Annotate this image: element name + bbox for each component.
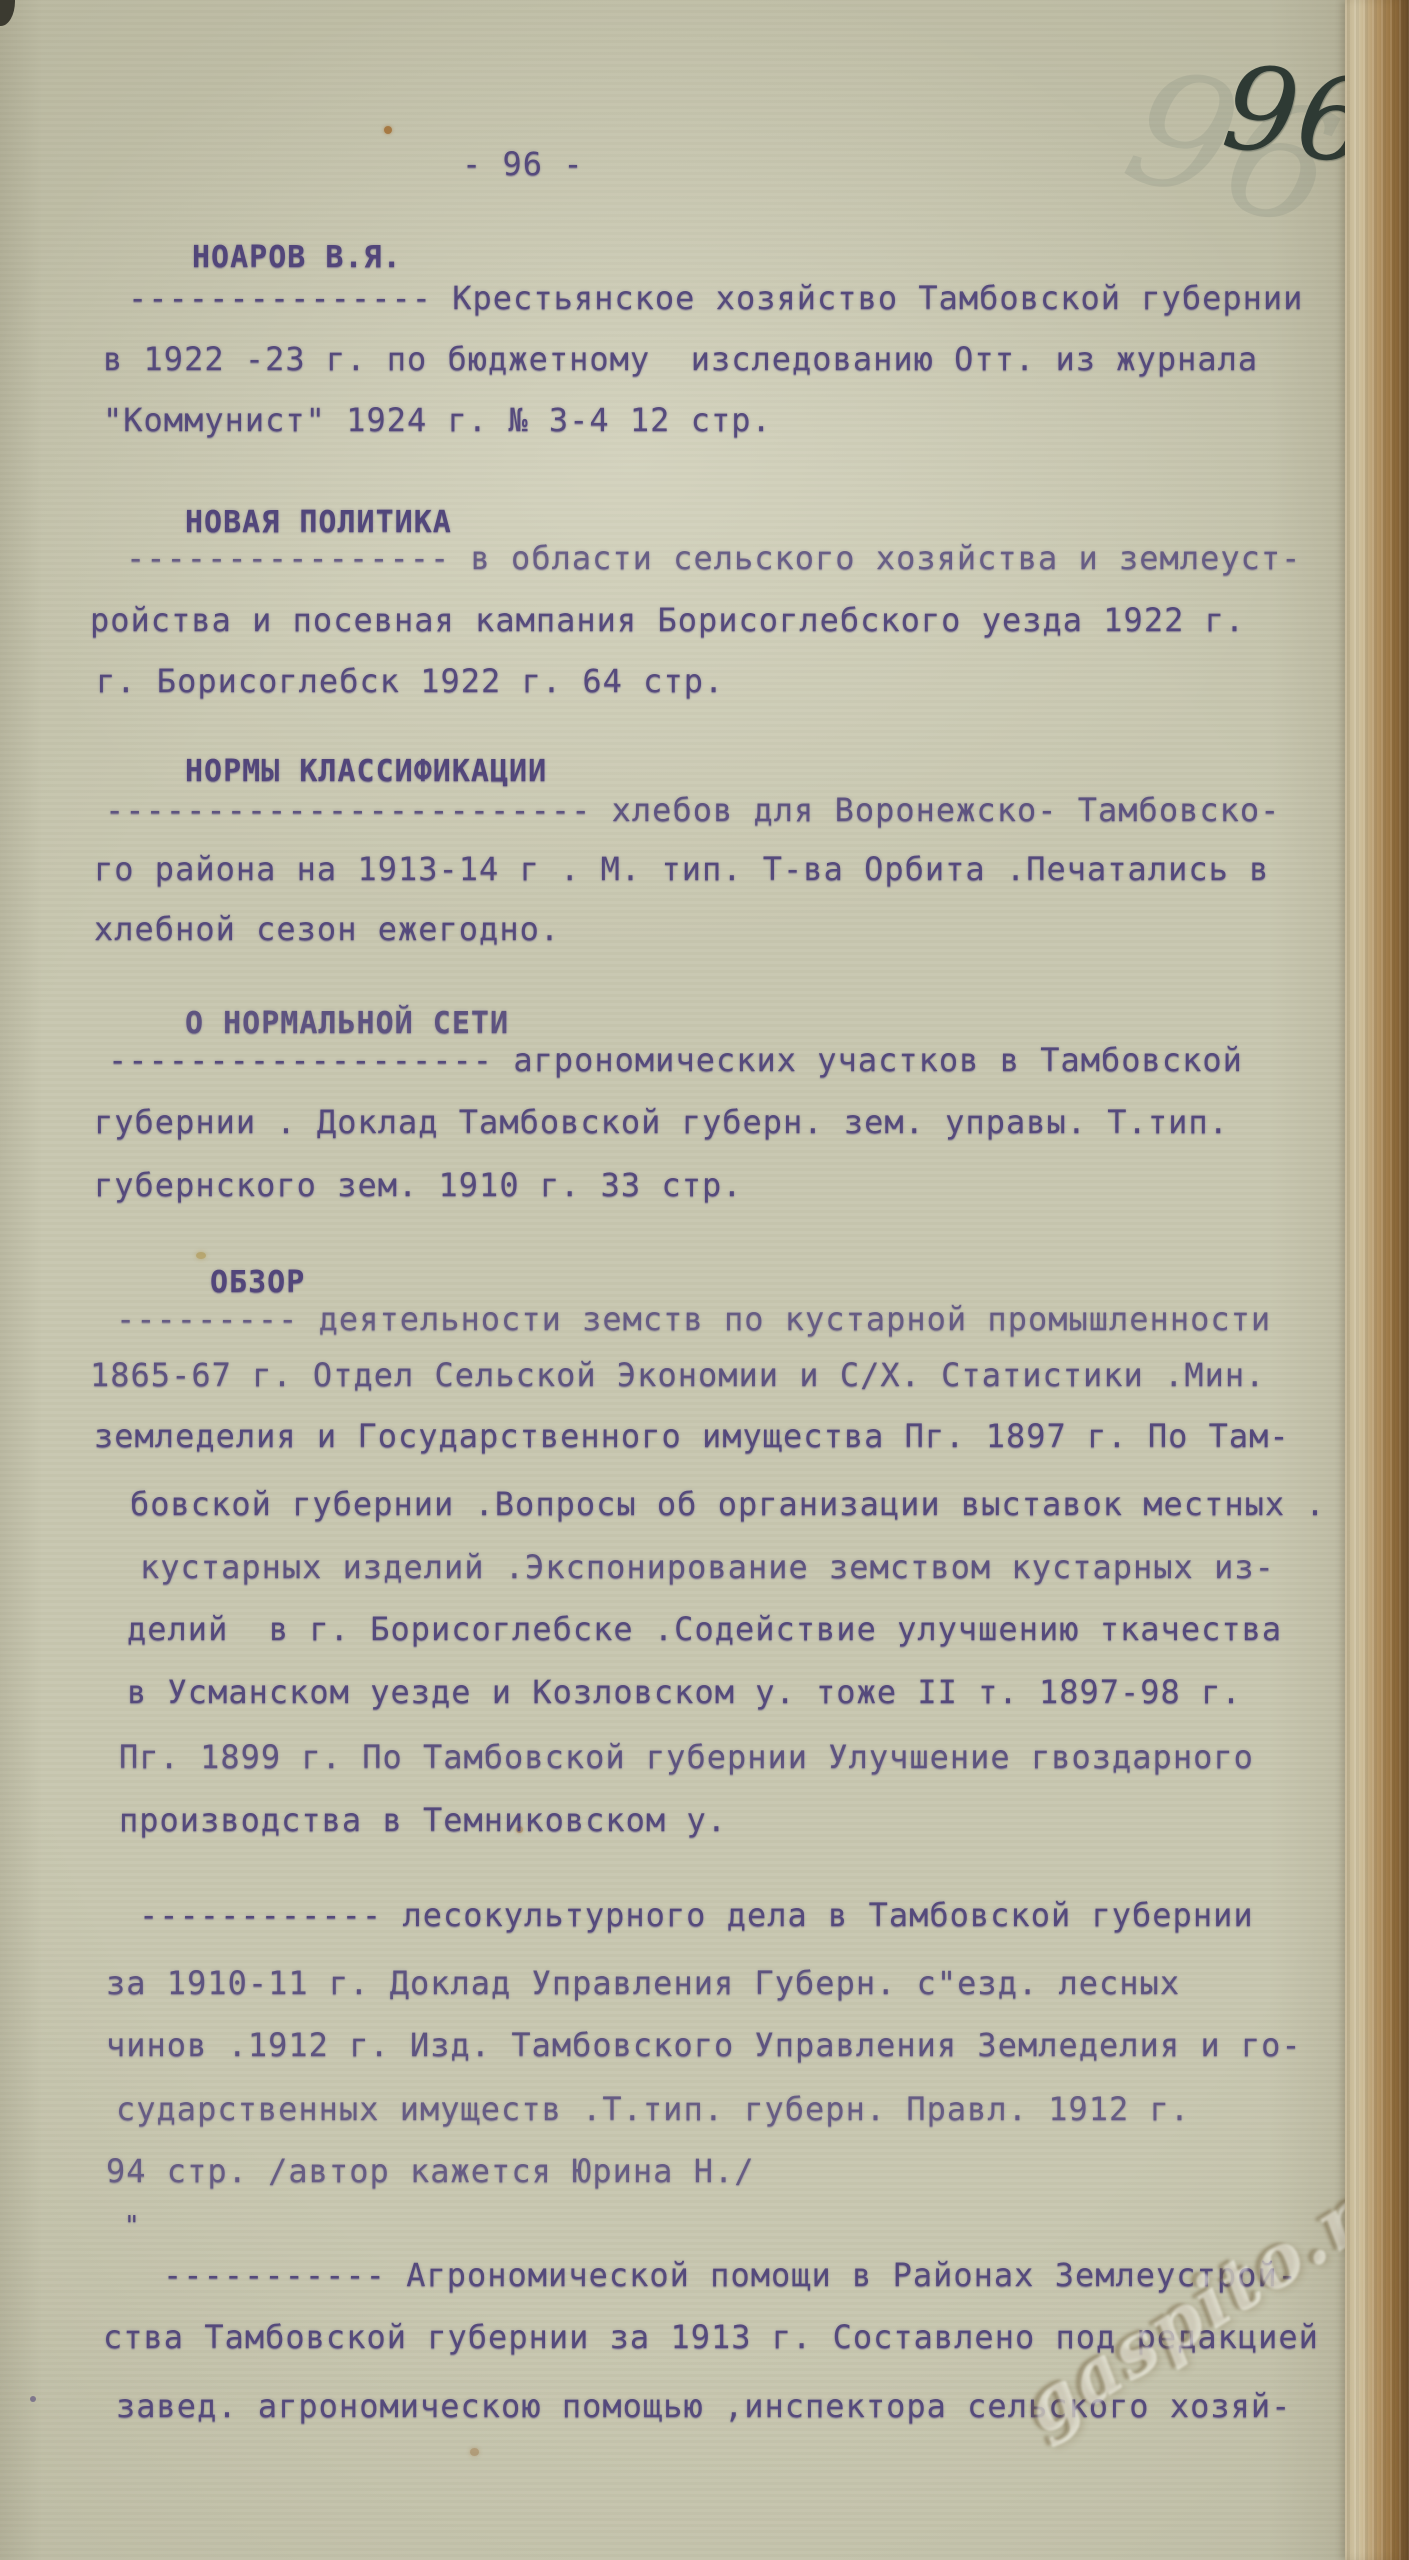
entry-line: 1865-67 г. Отдел Сельской Экономии и С/Х…	[90, 1357, 1265, 1394]
entry-line: хлебной сезон ежегодно.	[94, 911, 560, 948]
entry-line: кустарных изделий .Экспонирование земств…	[140, 1549, 1275, 1586]
entry-author: ОБЗОР	[210, 1266, 305, 1301]
entry-line: ------------------------ хлебов для Воро…	[105, 792, 1280, 829]
entry-line: в Усманском уезде и Козловском у. тоже I…	[127, 1674, 1242, 1711]
ink-speck	[30, 2396, 36, 2402]
entry-line: земледелия и Государственного имущества …	[94, 1418, 1290, 1455]
entry-line: ----------- Агрономической помощи в Райо…	[163, 2257, 1298, 2294]
paper-stain	[196, 1252, 206, 1259]
entry-author: НОАРОВ В.Я.	[192, 241, 402, 276]
binding-edge	[1345, 0, 1409, 2560]
entry-line: --------------- Крестьянское хозяйство Т…	[128, 280, 1303, 317]
entry-line: производства в Темниковском у.	[119, 1802, 727, 1839]
entry-line: Пг. 1899 г. По Тамбовской губернии Улучш…	[119, 1739, 1254, 1776]
entry-author: НОРМЫ КЛАССИФИКАЦИИ	[185, 755, 547, 790]
entry-line: бовской губернии .Вопросы об организации…	[130, 1486, 1326, 1523]
paper-stain	[384, 126, 392, 134]
typed-page-number: - 96 -	[462, 146, 584, 183]
entry-line: сударственных имуществ .Т.тип. губерн. П…	[116, 2091, 1190, 2128]
ditto-mark: "	[124, 2212, 141, 2242]
entry-line: губернского зем. 1910 г. 33 стр.	[94, 1167, 743, 1204]
entry-line: ройства и посевная кампания Борисоглебск…	[90, 602, 1245, 639]
entry-line: --------- деятельности земств по кустарн…	[116, 1301, 1271, 1338]
entry-line: г. Борисоглебск 1922 г. 64 стр.	[96, 663, 724, 700]
entry-line: 94 стр. /автор кажется Юрина Н./	[106, 2153, 755, 2190]
entry-line: в 1922 -23 г. по бюджетному изследованию…	[103, 341, 1258, 378]
entry-line: чинов .1912 г. Изд. Тамбовского Управлен…	[106, 2027, 1302, 2064]
entry-author: О НОРМАЛЬНОЙ СЕТИ	[185, 1007, 509, 1042]
entry-line: "Коммунист" 1924 г. № 3-4 12 стр.	[103, 402, 772, 439]
entry-line: губернии . Доклад Тамбовской губерн. зем…	[94, 1104, 1229, 1141]
entry-author: НОВАЯ ПОЛИТИКА	[185, 506, 452, 541]
page-corner-tear	[0, 0, 15, 26]
entry-line: ---------------- в области сельского хоз…	[126, 540, 1301, 577]
entry-line: за 1910-11 г. Доклад Управления Губерн. …	[106, 1965, 1180, 2002]
entry-line: делий в г. Борисоглебске .Содействие улу…	[127, 1611, 1282, 1648]
document-page: 96 96 - 96 - НОАРОВ В.Я. ---------------…	[0, 0, 1409, 2560]
paper-stain	[470, 2448, 479, 2456]
entry-line: ------------ лесокультурного дела в Тамб…	[139, 1897, 1254, 1934]
entry-line: ------------------- агрономических участ…	[108, 1042, 1243, 1079]
entry-line: го района на 1913-14 г . М. тип. Т-ва Ор…	[94, 851, 1269, 888]
